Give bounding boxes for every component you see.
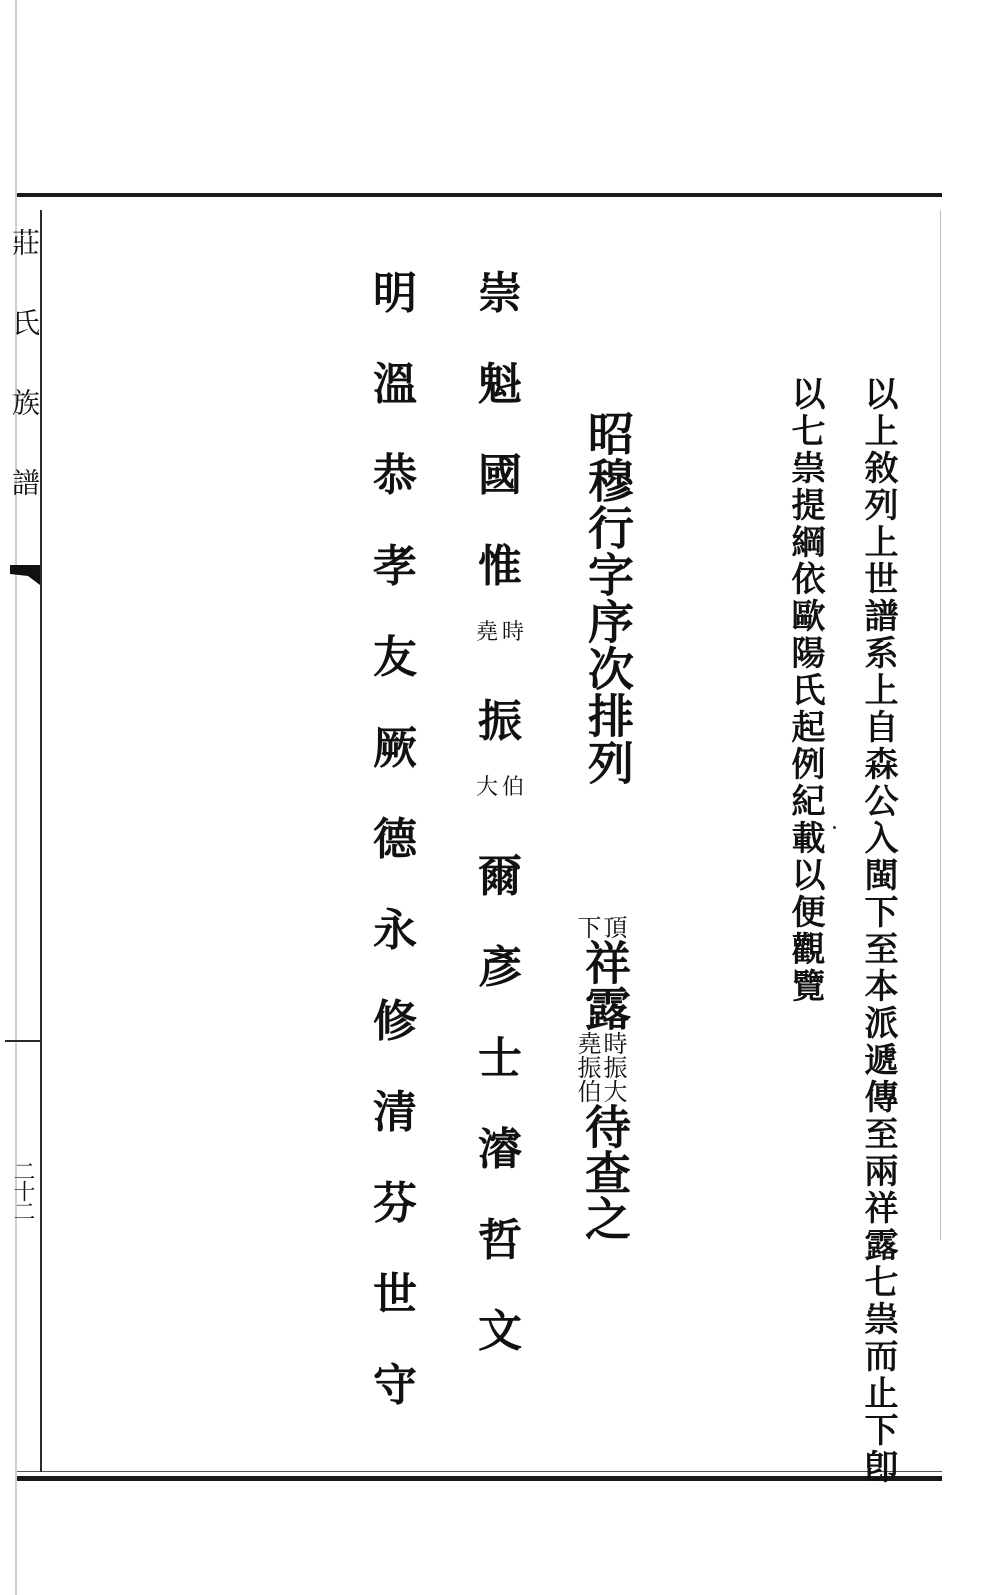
generation-char: 守 xyxy=(373,1362,417,1410)
generation-char: 振 xyxy=(478,698,522,746)
spine-divider xyxy=(5,1040,42,1042)
xiang-lu-entry: 頂 下 祥露 時振大 堯振伯 待查之 xyxy=(560,915,640,1241)
right-frame-line xyxy=(940,210,941,1240)
bottom-border-thin-rule xyxy=(17,1471,942,1472)
annotation-top-left: 下 xyxy=(574,915,600,939)
generation-char: 永 xyxy=(373,907,417,955)
annotation-top-right: 頂 xyxy=(600,915,626,939)
generation-char: 德 xyxy=(373,816,417,864)
generation-char: 惟 xyxy=(478,543,522,591)
generation-char: 文 xyxy=(478,1308,522,1356)
generation-char: 恭 xyxy=(373,452,417,500)
note-char: 時 xyxy=(500,620,526,646)
generation-char: 濬 xyxy=(478,1126,522,1174)
generation-note: 伯 大 xyxy=(474,775,526,801)
top-border-rule xyxy=(17,193,942,197)
section-heading: 昭穆行字序次排列 xyxy=(583,410,633,786)
generation-char: 溫 xyxy=(373,361,417,409)
generation-char: 哲 xyxy=(478,1217,522,1265)
generation-column-2: 明 溫 恭 孝 友 厥 德 永 修 清 芬 世 守 xyxy=(355,270,435,1453)
generation-char: 友 xyxy=(373,634,417,682)
note-char: 堯 xyxy=(474,620,500,646)
page-number: 二十二 xyxy=(10,1160,34,1220)
generation-char: 崇 xyxy=(478,270,522,318)
generation-char: 國 xyxy=(478,452,522,500)
generation-char: 彥 xyxy=(478,944,522,992)
spine-title: 莊氏族譜 xyxy=(8,228,40,548)
generation-char: 修 xyxy=(373,998,417,1046)
generation-char: 魁 xyxy=(478,361,522,409)
generation-char: 孝 xyxy=(373,543,417,591)
generation-char: 清 xyxy=(373,1089,417,1137)
bottom-border-rule xyxy=(17,1476,942,1481)
generation-char: 厥 xyxy=(373,725,417,773)
annotation-top: 頂 下 xyxy=(560,915,640,939)
generation-column-1: 崇 魁 國 惟 時 堯 振 伯 大 爾 彥 士 濬 哲 文 xyxy=(460,270,540,1399)
generation-char: 爾 xyxy=(478,853,522,901)
entry-name: 祥露 xyxy=(570,939,630,1031)
generation-char: 世 xyxy=(373,1271,417,1319)
generation-char: 芬 xyxy=(373,1180,417,1228)
generation-char: 士 xyxy=(478,1035,522,1083)
note-char: 伯 xyxy=(500,775,526,801)
generation-note: 時 堯 xyxy=(474,620,526,646)
annotation-mid-right: 時振大 xyxy=(600,1031,626,1103)
ink-speck xyxy=(833,826,836,829)
note-line-1: 以上敘列上世譜系上自森公入閩下至本派遞傳至兩祥露七祟而止下卽 xyxy=(858,376,898,1486)
annotation-mid-left: 堯振伯 xyxy=(574,1031,600,1103)
annotation-mid: 時振大 堯振伯 xyxy=(560,1031,640,1103)
note-line-2: 以七祟提綱依歐陽氏起例紀載以便觀覽 xyxy=(785,376,825,1005)
note-char: 大 xyxy=(474,775,500,801)
entry-tail: 待查之 xyxy=(570,1103,630,1241)
generation-char: 明 xyxy=(373,270,417,318)
